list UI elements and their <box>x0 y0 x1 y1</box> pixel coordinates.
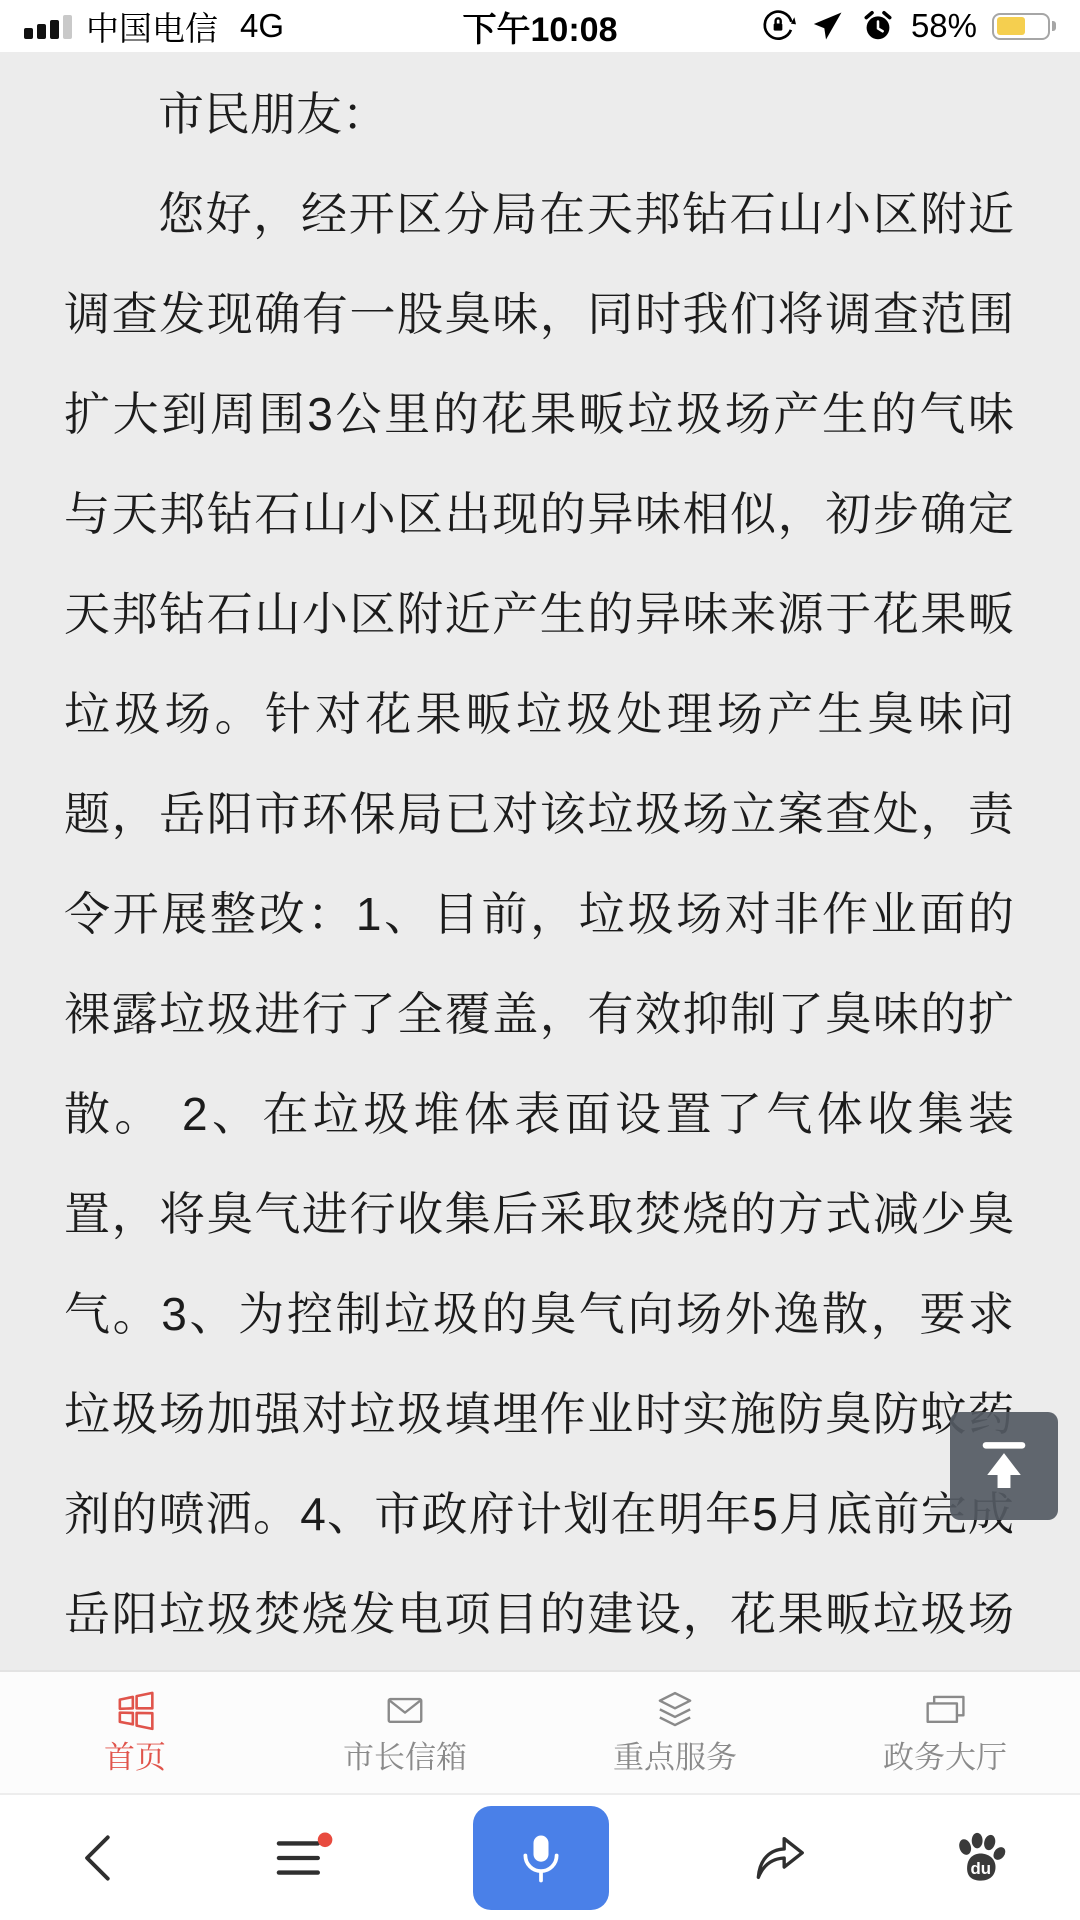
envelope-icon <box>379 1685 431 1737</box>
document-line: 气。3、为控制垃圾的臭气向场外逸散，要求 <box>64 1264 1014 1364</box>
network-type-label: 4G <box>240 7 284 45</box>
document-line: 令开展整改：1、目前，垃圾场对非作业面的 <box>64 864 1014 964</box>
document-line: 置，将臭气进行收集后采取焚烧的方式减少臭 <box>64 1164 1014 1264</box>
voice-search-button[interactable] <box>473 1806 609 1910</box>
document-line: 市民朋友： <box>64 64 1014 164</box>
document-line: 调查发现确有一股臭味，同时我们将调查范围 <box>64 264 1014 364</box>
microphone-icon <box>511 1828 571 1888</box>
back-to-top-button[interactable] <box>950 1412 1058 1520</box>
tab-home[interactable]: 首页 <box>0 1672 270 1793</box>
document-line: 剂的喷洒。4、市政府计划在明年5月底前完成 <box>64 1464 1014 1564</box>
share-icon <box>746 1827 812 1889</box>
baidu-paw-icon: du <box>949 1827 1011 1889</box>
alarm-clock-icon <box>860 8 896 44</box>
tab-key-services[interactable]: 重点服务 <box>540 1672 810 1793</box>
back-to-top-icon <box>973 1435 1035 1497</box>
location-arrow-icon <box>811 9 845 43</box>
document-line: 天邦钻石山小区附近产生的异味来源于花果畈 <box>64 564 1014 664</box>
tab-government-hall[interactable]: 政务大厅 <box>810 1672 1080 1793</box>
battery-percent: 58% <box>911 7 977 45</box>
tab-bar: 首页 市长信箱 重点服务 政务大厅 <box>0 1670 1080 1793</box>
back-button[interactable] <box>69 1827 131 1889</box>
svg-text:du: du <box>971 1859 992 1878</box>
document-line: 散。 2、在垃圾堆体表面设置了气体收集装 <box>64 1064 1014 1164</box>
carrier-label: 中国电信 <box>86 3 218 50</box>
tab-key-services-label: 重点服务 <box>613 1742 737 1773</box>
rotation-lock-icon <box>760 8 796 44</box>
home-grid-icon <box>109 1685 161 1737</box>
document-line: 题，岳阳市环保局已对该垃圾场立案查处，责 <box>64 764 1014 864</box>
tab-mayor-mailbox-label: 市长信箱 <box>343 1742 467 1773</box>
layers-icon <box>649 1685 701 1737</box>
baidu-button[interactable]: du <box>949 1827 1011 1889</box>
document-line: 扩大到周围3公里的花果畈垃圾场产生的气味 <box>64 364 1014 464</box>
document-line: 您好，经开区分局在天邦钻石山小区附近 <box>64 164 1014 264</box>
menu-icon <box>268 1828 336 1888</box>
battery-icon <box>992 13 1056 40</box>
back-chevron-icon <box>69 1827 131 1889</box>
browser-toolbar: du <box>0 1793 1080 1920</box>
menu-button[interactable] <box>268 1828 336 1888</box>
tab-home-label: 首页 <box>104 1742 166 1773</box>
signal-bars-icon <box>24 13 72 39</box>
notification-badge <box>318 1832 333 1847</box>
tab-mayor-mailbox[interactable]: 市长信箱 <box>270 1672 540 1793</box>
share-button[interactable] <box>746 1827 812 1889</box>
document-body: 市民朋友： 您好，经开区分局在天邦钻石山小区附近 调查发现确有一股臭味，同时我们… <box>0 52 1080 1670</box>
document-line: 垃圾场加强对垃圾填埋作业时实施防臭防蚊药 <box>64 1364 1014 1464</box>
document-line: 垃圾场。针对花果畈垃圾处理场产生臭味问 <box>64 664 1014 764</box>
tab-government-hall-label: 政务大厅 <box>883 1742 1007 1773</box>
document-line: 与天邦钻石山小区出现的异味相似，初步确定 <box>64 464 1014 564</box>
document-line: 岳阳垃圾焚烧发电项目的建设，花果畈垃圾场 <box>64 1564 1014 1664</box>
document-line: 裸露垃圾进行了全覆盖，有效抑制了臭味的扩 <box>64 964 1014 1064</box>
status-bar: 中国电信 4G 下午10:08 58% <box>0 0 1080 52</box>
stacked-cards-icon <box>919 1685 971 1737</box>
